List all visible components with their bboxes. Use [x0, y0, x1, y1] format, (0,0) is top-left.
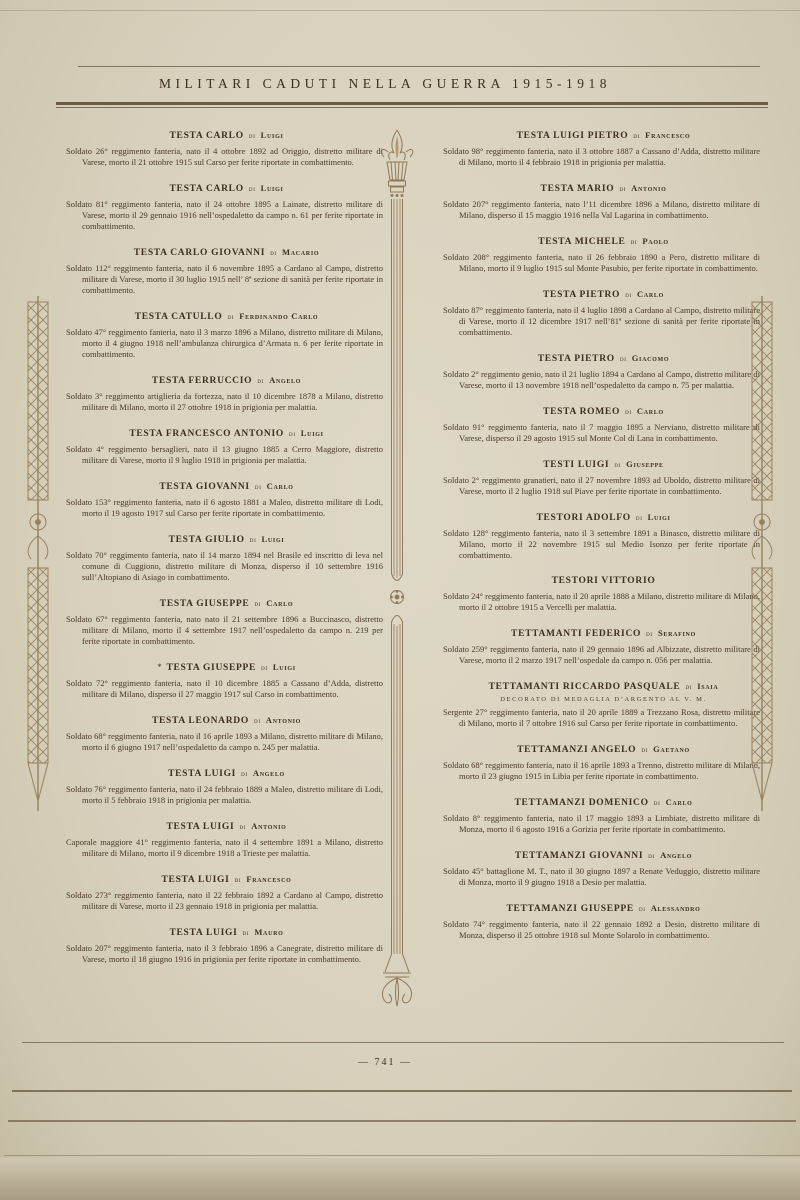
soldier-name-heading: TESTA LEONARDO di Antonio — [64, 715, 389, 726]
soldier-surname-name: TESTA FRANCESCO ANTONIO — [129, 429, 284, 439]
book-edge-shadow — [0, 1158, 800, 1200]
patronymic-name: Gaetano — [653, 744, 690, 754]
soldier-entry-text: Soldato 153° reggimento fanteria, nato i… — [66, 497, 383, 519]
soldier-entry-text: Soldato 112° reggimento fanteria, nato i… — [66, 263, 383, 296]
soldier-entry-text: Soldato 207° reggimento fanteria, nato l… — [443, 199, 760, 221]
soldier-surname-name: TETTAMANZI DOMENICO — [514, 798, 648, 808]
soldier-entry: TESTA MARIO di Antonio Soldato 207° regg… — [441, 183, 766, 221]
soldier-surname-name: TESTA CARLO — [170, 131, 244, 141]
right-column: TESTA LUIGI PIETRO di Francesco Soldato … — [441, 130, 766, 1042]
soldier-entry: TETTAMANTI FEDERICO di Serafino Soldato … — [441, 628, 766, 666]
header-rule-thin — [56, 107, 768, 108]
soldier-entry-text: Soldato 70° reggimento fanteria, nato il… — [66, 550, 383, 583]
soldier-name-heading: TESTA LUIGI di Angelo — [64, 768, 389, 779]
soldier-entry-text: Soldato 87° reggimento fanteria, nato il… — [443, 305, 760, 338]
soldier-surname-name: TESTORI VITTORIO — [552, 576, 656, 586]
soldier-surname-name: TESTA LEONARDO — [152, 716, 249, 726]
soldier-entry-text: Soldato 81° reggimento fanteria, nato il… — [66, 199, 383, 232]
patronymic-particle: di — [619, 185, 626, 193]
left-column: TESTA CARLO di Luigi Soldato 26° reggime… — [64, 130, 389, 1042]
patronymic-name: Luigi — [648, 512, 671, 522]
soldier-name-heading: TESTA PIETRO di Giacomo — [441, 353, 766, 364]
soldier-surname-name: TESTA FERRUCCIO — [152, 376, 252, 386]
soldier-entry-text: Soldato 26° reggimento fanteria, nato il… — [66, 146, 383, 168]
patronymic-name: Luigi — [273, 662, 296, 672]
patronymic-particle: di — [254, 717, 261, 725]
soldier-name-heading: TESTORI VITTORIO — [441, 576, 766, 586]
patronymic-name: Ferdinando Carlo — [239, 311, 318, 321]
patronymic-name: Angelo — [253, 768, 285, 778]
book-edge-rule — [8, 1120, 796, 1122]
soldier-surname-name: TESTA GIUSEPPE — [166, 663, 256, 673]
soldier-name-heading: TESTA FRANCESCO ANTONIO di Luigi — [64, 428, 389, 439]
soldier-name-heading: TESTA LUIGI di Francesco — [64, 874, 389, 885]
soldier-surname-name: TETTAMANZI GIUSEPPE — [506, 904, 633, 914]
patronymic-particle: di — [654, 799, 661, 807]
soldier-entry: TESTA LUIGI di Mauro Soldato 207° reggim… — [64, 927, 389, 965]
patronymic-particle: di — [228, 313, 235, 321]
patronymic-particle: di — [249, 185, 256, 193]
header-rule-top — [78, 66, 760, 67]
soldier-name-heading: TESTA CATULLO di Ferdinando Carlo — [64, 311, 389, 322]
patronymic-particle: di — [254, 600, 261, 608]
soldier-surname-name: TESTA CATULLO — [135, 312, 223, 322]
patronymic-particle: di — [639, 905, 646, 913]
patronymic-name: Francesco — [246, 874, 291, 884]
soldier-entry-text: Soldato 67° reggimento fanteria, nato na… — [66, 614, 383, 647]
soldier-name-heading: TETTAMANZI GIOVANNI di Angelo — [441, 850, 766, 861]
soldier-entry-text: Soldato 91° reggimento fanteria, nato il… — [443, 422, 760, 444]
page-number: — 741 — — [0, 1057, 770, 1068]
patronymic-particle: di — [240, 823, 247, 831]
soldier-entry: TETTAMANZI DOMENICO di Carlo Soldato 8° … — [441, 797, 766, 835]
soldier-name-heading: TESTA GIOVANNI di Carlo — [64, 481, 389, 492]
patronymic-particle: di — [257, 377, 264, 385]
soldier-entry-text: Soldato 68° reggimento fanteria, nato il… — [66, 731, 383, 753]
soldier-entry-text: Soldato 47° reggimento fanteria, nato il… — [66, 327, 383, 360]
soldier-entry: TESTA ROMEO di Carlo Soldato 91° reggime… — [441, 406, 766, 444]
patronymic-particle: di — [633, 132, 640, 140]
soldier-entry-text: Soldato 128° reggimento fanteria, nato i… — [443, 528, 760, 561]
soldier-surname-name: TESTA LUIGI PIETRO — [517, 131, 629, 141]
patronymic-particle: di — [255, 483, 262, 491]
patronymic-name: Carlo — [666, 797, 693, 807]
soldier-name-heading: TETTAMANZI GIUSEPPE di Alessandro — [441, 903, 766, 914]
soldier-surname-name: TESTA LUIGI — [162, 875, 230, 885]
soldier-entry-text: Soldato 74° reggimento fanteria, nato il… — [443, 919, 760, 941]
soldier-surname-name: TESTA LUIGI — [169, 928, 237, 938]
soldier-name-heading: TETTAMANTI FEDERICO di Serafino — [441, 628, 766, 639]
soldier-entry-text: Soldato 76° reggimento fanteria, nato il… — [66, 784, 383, 806]
soldier-entry-text: Soldato 259° reggimento fanteria, nato i… — [443, 644, 760, 666]
patronymic-name: Macario — [282, 247, 319, 257]
soldier-entry-text: Soldato 98° reggimento fanteria, nato il… — [443, 146, 760, 168]
soldier-surname-name: TETTAMANZI GIOVANNI — [515, 851, 643, 861]
soldier-surname-name: TESTA PIETRO — [538, 354, 615, 364]
patronymic-particle: di — [249, 132, 256, 140]
lattice-banner-ornament — [743, 296, 781, 811]
soldier-surname-name: TESTA LUIGI — [168, 769, 236, 779]
patronymic-name: Luigi — [261, 183, 284, 193]
soldier-surname-name: TESTA CARLO — [170, 184, 244, 194]
patronymic-particle: di — [243, 929, 250, 937]
patronymic-particle: di — [631, 238, 638, 246]
patronymic-name: Carlo — [637, 406, 664, 416]
soldier-surname-name: TESTA MICHELE — [538, 237, 625, 247]
patronymic-name: Giuseppe — [626, 459, 664, 469]
soldier-entry-text: Soldato 273° reggimento fanteria, nato i… — [66, 890, 383, 912]
soldier-entry: TESTA CARLO di Luigi Soldato 81° reggime… — [64, 183, 389, 232]
soldier-entry-text: Soldato 2° reggimento granatieri, nato i… — [443, 475, 760, 497]
soldier-entry: TESTA GIULIO di Luigi Soldato 70° reggim… — [64, 534, 389, 583]
patronymic-name: Angelo — [269, 375, 301, 385]
patronymic-particle: di — [625, 408, 632, 416]
lattice-banner-ornament — [19, 296, 57, 811]
page-bottom-rule — [12, 1090, 792, 1092]
soldier-name-heading: TESTI LUIGI di Giuseppe — [441, 459, 766, 470]
patronymic-particle: di — [636, 514, 643, 522]
patronymic-particle: di — [235, 876, 242, 884]
patronymic-name: Carlo — [267, 481, 294, 491]
soldier-entry: TESTA MICHELE di Paolo Soldato 208° regg… — [441, 236, 766, 274]
patronymic-particle: di — [250, 536, 257, 544]
soldier-name-heading: TESTA MARIO di Antonio — [441, 183, 766, 194]
soldier-entry: TESTI LUIGI di Giuseppe Soldato 2° reggi… — [441, 459, 766, 497]
soldier-name-heading: TETTAMANZI DOMENICO di Carlo — [441, 797, 766, 808]
soldier-entry-text: Soldato 2° reggimento genio, nato il 21 … — [443, 369, 760, 391]
soldier-surname-name: TESTORI ADOLFO — [536, 513, 630, 523]
soldier-name-heading: TESTA LUIGI di Mauro — [64, 927, 389, 938]
soldier-entry-text: Sergente 27° reggimento fanteria, nato i… — [443, 707, 760, 729]
patronymic-name: Luigi — [301, 428, 324, 438]
patronymic-particle: di — [289, 430, 296, 438]
patronymic-name: Angelo — [660, 850, 692, 860]
soldier-surname-name: TESTA ROMEO — [543, 407, 620, 417]
header-rule-thick — [56, 102, 768, 105]
decoration-subtitle: DECORATO DI MEDAGLIA D’ARGENTO AL V. M. — [441, 696, 766, 703]
soldier-surname-name: TETTAMANTI RICCARDO PASQUALE — [489, 682, 681, 692]
soldier-surname-name: TESTA MARIO — [541, 184, 615, 194]
patronymic-name: Luigi — [262, 534, 285, 544]
soldier-entry: TESTA CATULLO di Ferdinando Carlo Soldat… — [64, 311, 389, 360]
patronymic-name: Isaia — [697, 681, 718, 691]
soldier-entry-text: Soldato 208° reggimento fanteria, nato i… — [443, 252, 760, 274]
patronymic-particle: di — [686, 683, 693, 691]
soldier-name-heading: *TESTA GIUSEPPE di Luigi — [64, 662, 389, 673]
patronymic-name: Carlo — [266, 598, 293, 608]
patronymic-particle: di — [614, 461, 621, 469]
patronymic-name: Paolo — [642, 236, 668, 246]
page-edge-line — [0, 10, 800, 11]
soldier-entry: TESTA CARLO GIOVANNI di Macario Soldato … — [64, 247, 389, 296]
soldier-entry: *TESTA GIUSEPPE di Luigi Soldato 72° reg… — [64, 662, 389, 700]
soldier-surname-name: TESTA LUIGI — [166, 822, 234, 832]
soldier-surname-name: TETTAMANZI ANGELO — [517, 745, 636, 755]
soldier-name-heading: TESTORI ADOLFO di Luigi — [441, 512, 766, 523]
soldier-name-heading: TESTA GIUSEPPE di Carlo — [64, 598, 389, 609]
soldier-surname-name: TESTA GIULIO — [169, 535, 245, 545]
soldier-surname-name: TESTI LUIGI — [543, 460, 609, 470]
soldier-entry: TESTA LUIGI PIETRO di Francesco Soldato … — [441, 130, 766, 168]
soldier-entry-text: Soldato 72° reggimento fanteria, nato il… — [66, 678, 383, 700]
book-edge-rule-faint — [4, 1155, 800, 1156]
soldier-entry: TESTA GIOVANNI di Carlo Soldato 153° reg… — [64, 481, 389, 519]
patronymic-particle: di — [646, 630, 653, 638]
soldier-surname-name: TETTAMANTI FEDERICO — [511, 629, 641, 639]
patronymic-name: Giacomo — [632, 353, 670, 363]
soldier-entry-text: Soldato 207° reggimento fanteria, nato i… — [66, 943, 383, 965]
soldier-entry-text: Caporale maggiore 41° reggimento fanteri… — [66, 837, 383, 859]
soldier-name-heading: TESTA CARLO di Luigi — [64, 183, 389, 194]
soldier-name-heading: TESTA LUIGI di Antonio — [64, 821, 389, 832]
soldier-name-heading: TESTA CARLO GIOVANNI di Macario — [64, 247, 389, 258]
page-title: MILITARI CADUTI NELLA GUERRA 1915-1918 — [0, 76, 770, 92]
patronymic-particle: di — [641, 746, 648, 754]
soldier-entry: TESTA GIUSEPPE di Carlo Soldato 67° regg… — [64, 598, 389, 647]
soldier-name-heading: TESTA LUIGI PIETRO di Francesco — [441, 130, 766, 141]
soldier-entry: TESTORI VITTORIO Soldato 24° reggimento … — [441, 576, 766, 613]
soldier-entry: TESTA LEONARDO di Antonio Soldato 68° re… — [64, 715, 389, 753]
soldier-entry: TETTAMANZI GIUSEPPE di Alessandro Soldat… — [441, 903, 766, 941]
soldier-entry: TESTA PIETRO di Giacomo Soldato 2° reggi… — [441, 353, 766, 391]
soldier-entry-text: Soldato 45° battaglione M. T., nato il 3… — [443, 866, 760, 888]
soldier-entry: TESTA LUIGI di Francesco Soldato 273° re… — [64, 874, 389, 912]
patronymic-name: Carlo — [637, 289, 664, 299]
patronymic-particle: di — [261, 664, 268, 672]
patronymic-particle: di — [648, 852, 655, 860]
footer-rule — [22, 1042, 784, 1043]
soldier-name-heading: TESTA FERRUCCIO di Angelo — [64, 375, 389, 386]
soldier-surname-name: TESTA GIUSEPPE — [160, 599, 250, 609]
patronymic-name: Antonio — [251, 821, 286, 831]
soldier-entry-text: Soldato 3° reggimento artiglieria da for… — [66, 391, 383, 413]
soldier-surname-name: TESTA CARLO GIOVANNI — [134, 248, 265, 258]
patronymic-particle: di — [620, 355, 627, 363]
soldier-name-heading: TESTA MICHELE di Paolo — [441, 236, 766, 247]
patronymic-name: Francesco — [645, 130, 690, 140]
soldier-entry: TETTAMANZI ANGELO di Gaetano Soldato 68°… — [441, 744, 766, 782]
soldier-entry-text: Soldato 4° reggimento bersaglieri, nato … — [66, 444, 383, 466]
soldier-name-heading: TESTA PIETRO di Carlo — [441, 289, 766, 300]
soldier-surname-name: TESTA GIOVANNI — [159, 482, 250, 492]
book-page: MILITARI CADUTI NELLA GUERRA 1915-1918 T… — [0, 0, 800, 1200]
patronymic-name: Luigi — [261, 130, 284, 140]
patronymic-particle: di — [625, 291, 632, 299]
entry-asterisk: * — [157, 662, 162, 672]
patronymic-particle: di — [241, 770, 248, 778]
soldier-name-heading: TETTAMANZI ANGELO di Gaetano — [441, 744, 766, 755]
soldier-surname-name: TESTA PIETRO — [543, 290, 620, 300]
soldier-name-heading: TETTAMANTI RICCARDO PASQUALE di Isaia — [441, 681, 766, 692]
patronymic-particle: di — [270, 249, 277, 257]
patronymic-name: Mauro — [254, 927, 283, 937]
soldier-name-heading: TESTA GIULIO di Luigi — [64, 534, 389, 545]
soldier-entry: TESTA LUIGI di Antonio Caporale maggiore… — [64, 821, 389, 859]
patronymic-name: Alessandro — [651, 903, 701, 913]
soldier-entry: TESTA FRANCESCO ANTONIO di Luigi Soldato… — [64, 428, 389, 466]
soldier-entry: TESTA FERRUCCIO di Angelo Soldato 3° reg… — [64, 375, 389, 413]
patronymic-name: Antonio — [631, 183, 666, 193]
torch-column-ornament — [375, 126, 419, 1012]
soldier-entry: TETTAMANTI RICCARDO PASQUALE di Isaia DE… — [441, 681, 766, 729]
soldier-entry: TESTA PIETRO di Carlo Soldato 87° reggim… — [441, 289, 766, 338]
soldier-entry-text: Soldato 8° reggimento fanteria, nato il … — [443, 813, 760, 835]
soldier-entry-text: Soldato 24° reggimento fanteria, nato il… — [443, 591, 760, 613]
soldier-entry: TESTA CARLO di Luigi Soldato 26° reggime… — [64, 130, 389, 168]
soldier-name-heading: TESTA CARLO di Luigi — [64, 130, 389, 141]
patronymic-name: Serafino — [658, 628, 696, 638]
patronymic-name: Antonio — [266, 715, 301, 725]
soldier-entry: TESTA LUIGI di Angelo Soldato 76° reggim… — [64, 768, 389, 806]
book-photo: MILITARI CADUTI NELLA GUERRA 1915-1918 T… — [0, 0, 800, 1200]
soldier-entry: TESTORI ADOLFO di Luigi Soldato 128° reg… — [441, 512, 766, 561]
soldier-name-heading: TESTA ROMEO di Carlo — [441, 406, 766, 417]
soldier-entry-text: Soldato 68° reggimento fanteria, nato il… — [443, 760, 760, 782]
soldier-entry: TETTAMANZI GIOVANNI di Angelo Soldato 45… — [441, 850, 766, 888]
